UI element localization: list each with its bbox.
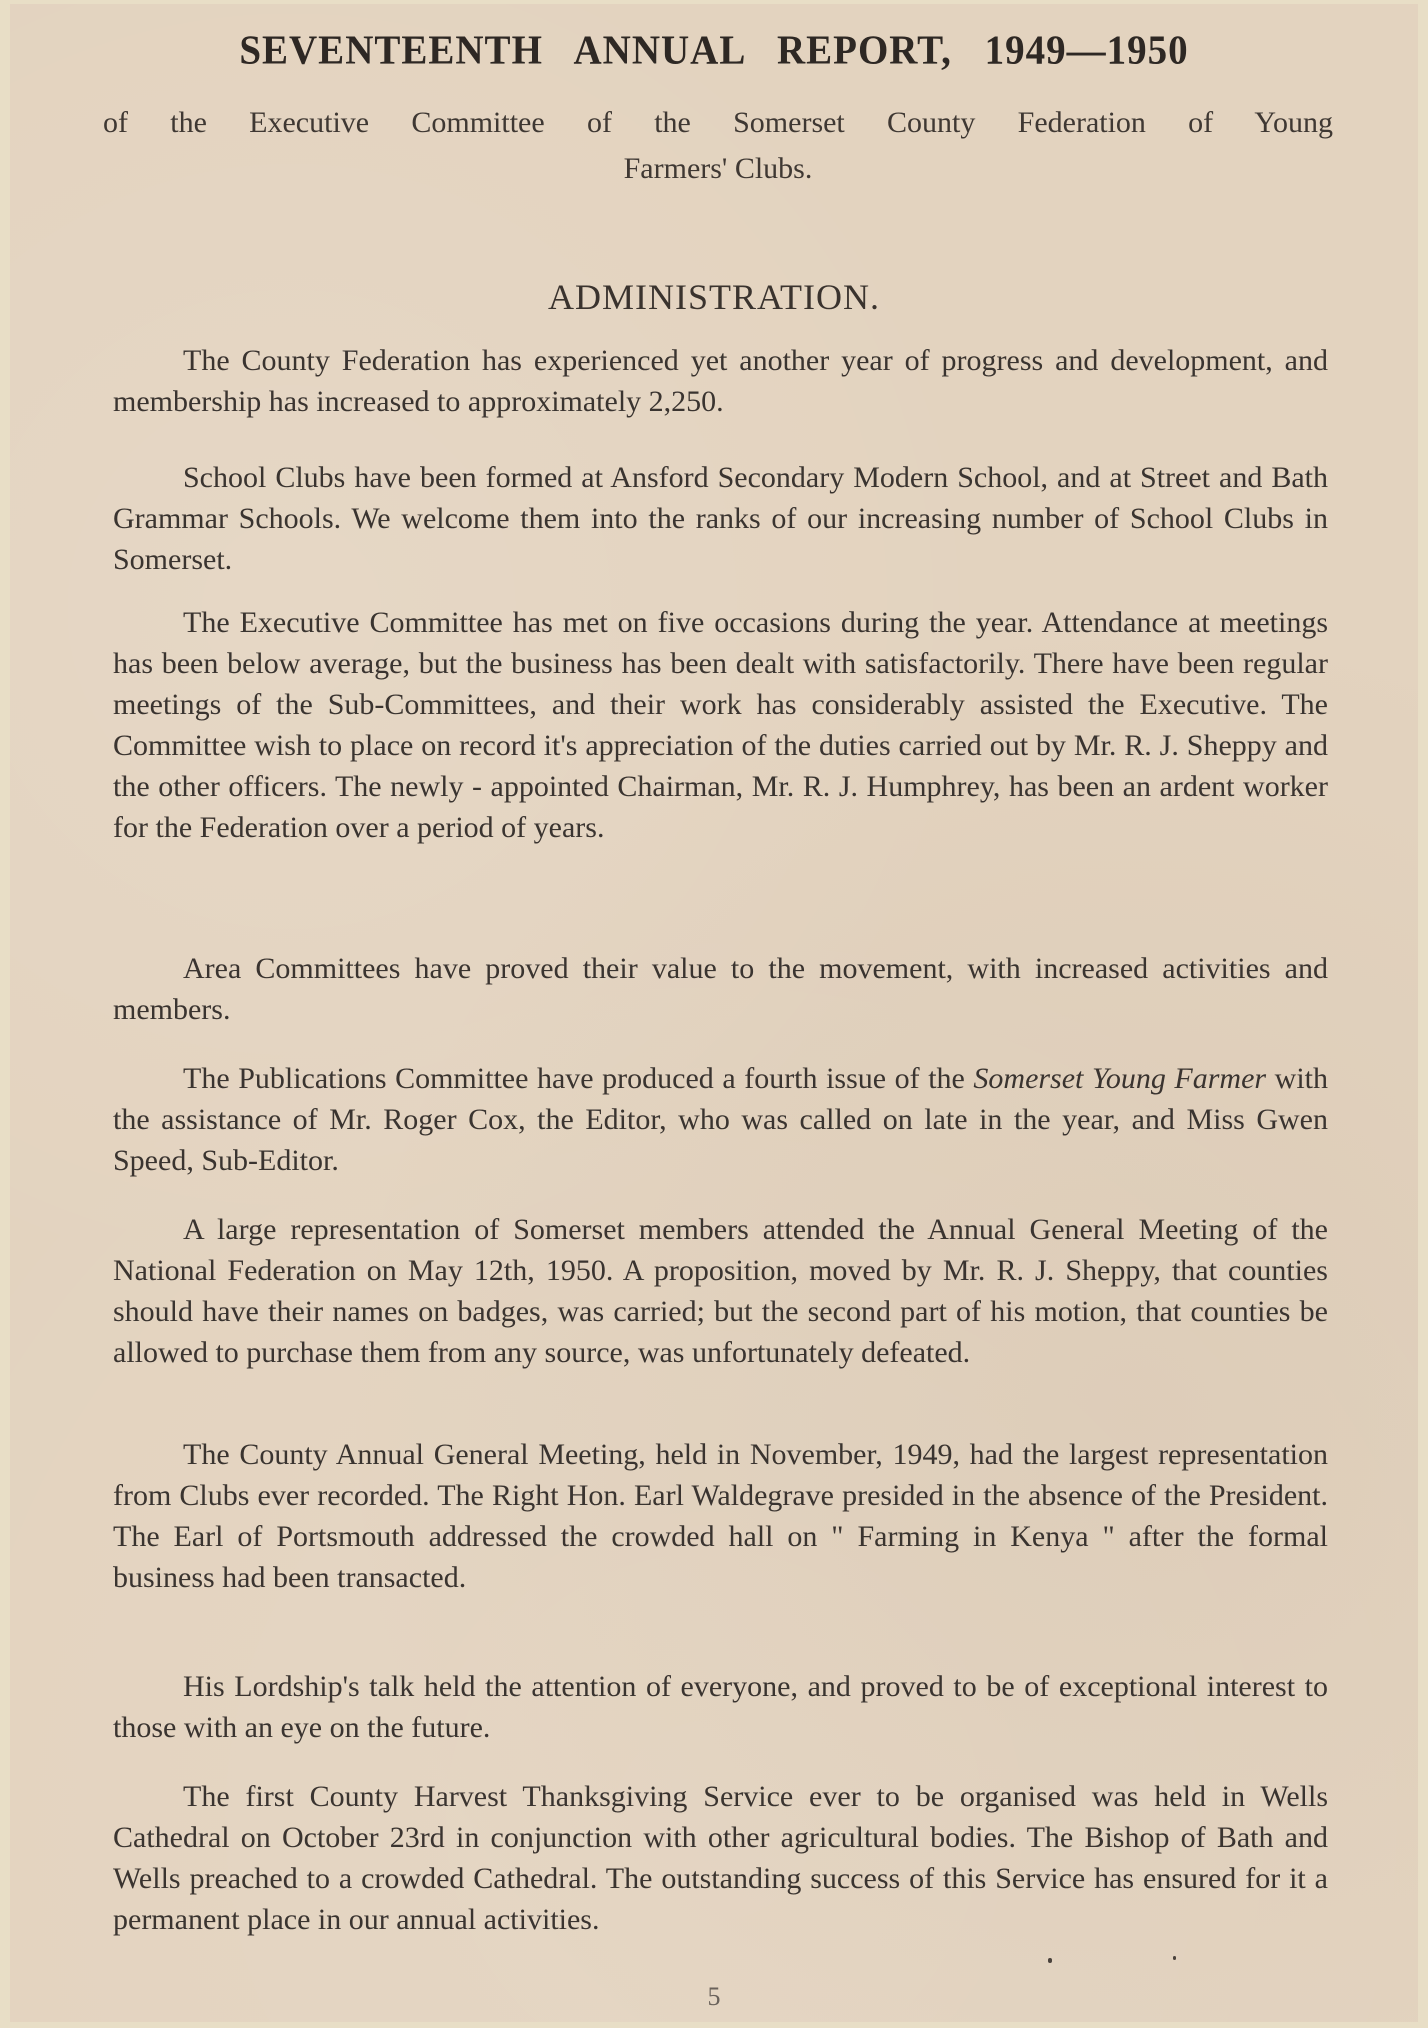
paragraph-text-before: The Publications Committee have produced… [183, 1062, 973, 1095]
section-heading-administration: ADMINISTRATION. [10, 276, 1418, 318]
paragraph: School Clubs have been formed at Ansford… [113, 457, 1328, 580]
paragraph: The Publications Committee have produced… [113, 1058, 1328, 1181]
paragraph-block-7: The County Annual General Meeting, held … [113, 1434, 1328, 1598]
ink-speck [1048, 1958, 1052, 1963]
paragraph: Area Committees have proved their value … [113, 948, 1328, 1030]
paragraph: A large representation of Somerset membe… [113, 1209, 1328, 1373]
document-page: SEVENTEENTH ANNUAL REPORT, 1949—1950 of … [10, 4, 1418, 2022]
paragraph-block-3: The Executive Committee has met on five … [113, 602, 1328, 848]
paragraph-block-1: The County Federation has experienced ye… [113, 340, 1328, 422]
paragraph-block-6: A large representation of Somerset membe… [113, 1209, 1328, 1373]
paragraph-block-9: The first County Harvest Thanksgiving Se… [113, 1776, 1328, 1940]
report-subtitle: of the Executive Committee of the Somers… [103, 100, 1333, 192]
page-number: 5 [10, 1982, 1418, 2012]
subtitle-line-1: of the Executive Committee of the Somers… [103, 100, 1333, 146]
paragraph-block-2: School Clubs have been formed at Ansford… [113, 457, 1328, 580]
paragraph: The County Annual General Meeting, held … [113, 1434, 1328, 1598]
paragraph: His Lordship's talk held the attention o… [113, 1666, 1328, 1748]
subtitle-line-2: Farmers' Clubs. [103, 146, 1333, 192]
paragraph-block-8: His Lordship's talk held the attention o… [113, 1666, 1328, 1748]
paragraph-block-5: The Publications Committee have produced… [113, 1058, 1328, 1181]
publication-title: Somerset Young Farmer [973, 1062, 1266, 1095]
paragraph: The first County Harvest Thanksgiving Se… [113, 1776, 1328, 1940]
paragraph: The Executive Committee has met on five … [113, 602, 1328, 848]
paragraph-block-4: Area Committees have proved their value … [113, 948, 1328, 1030]
report-title: SEVENTEENTH ANNUAL REPORT, 1949—1950 [10, 27, 1418, 74]
paragraph: The County Federation has experienced ye… [113, 340, 1328, 422]
ink-speck [1173, 1956, 1176, 1960]
